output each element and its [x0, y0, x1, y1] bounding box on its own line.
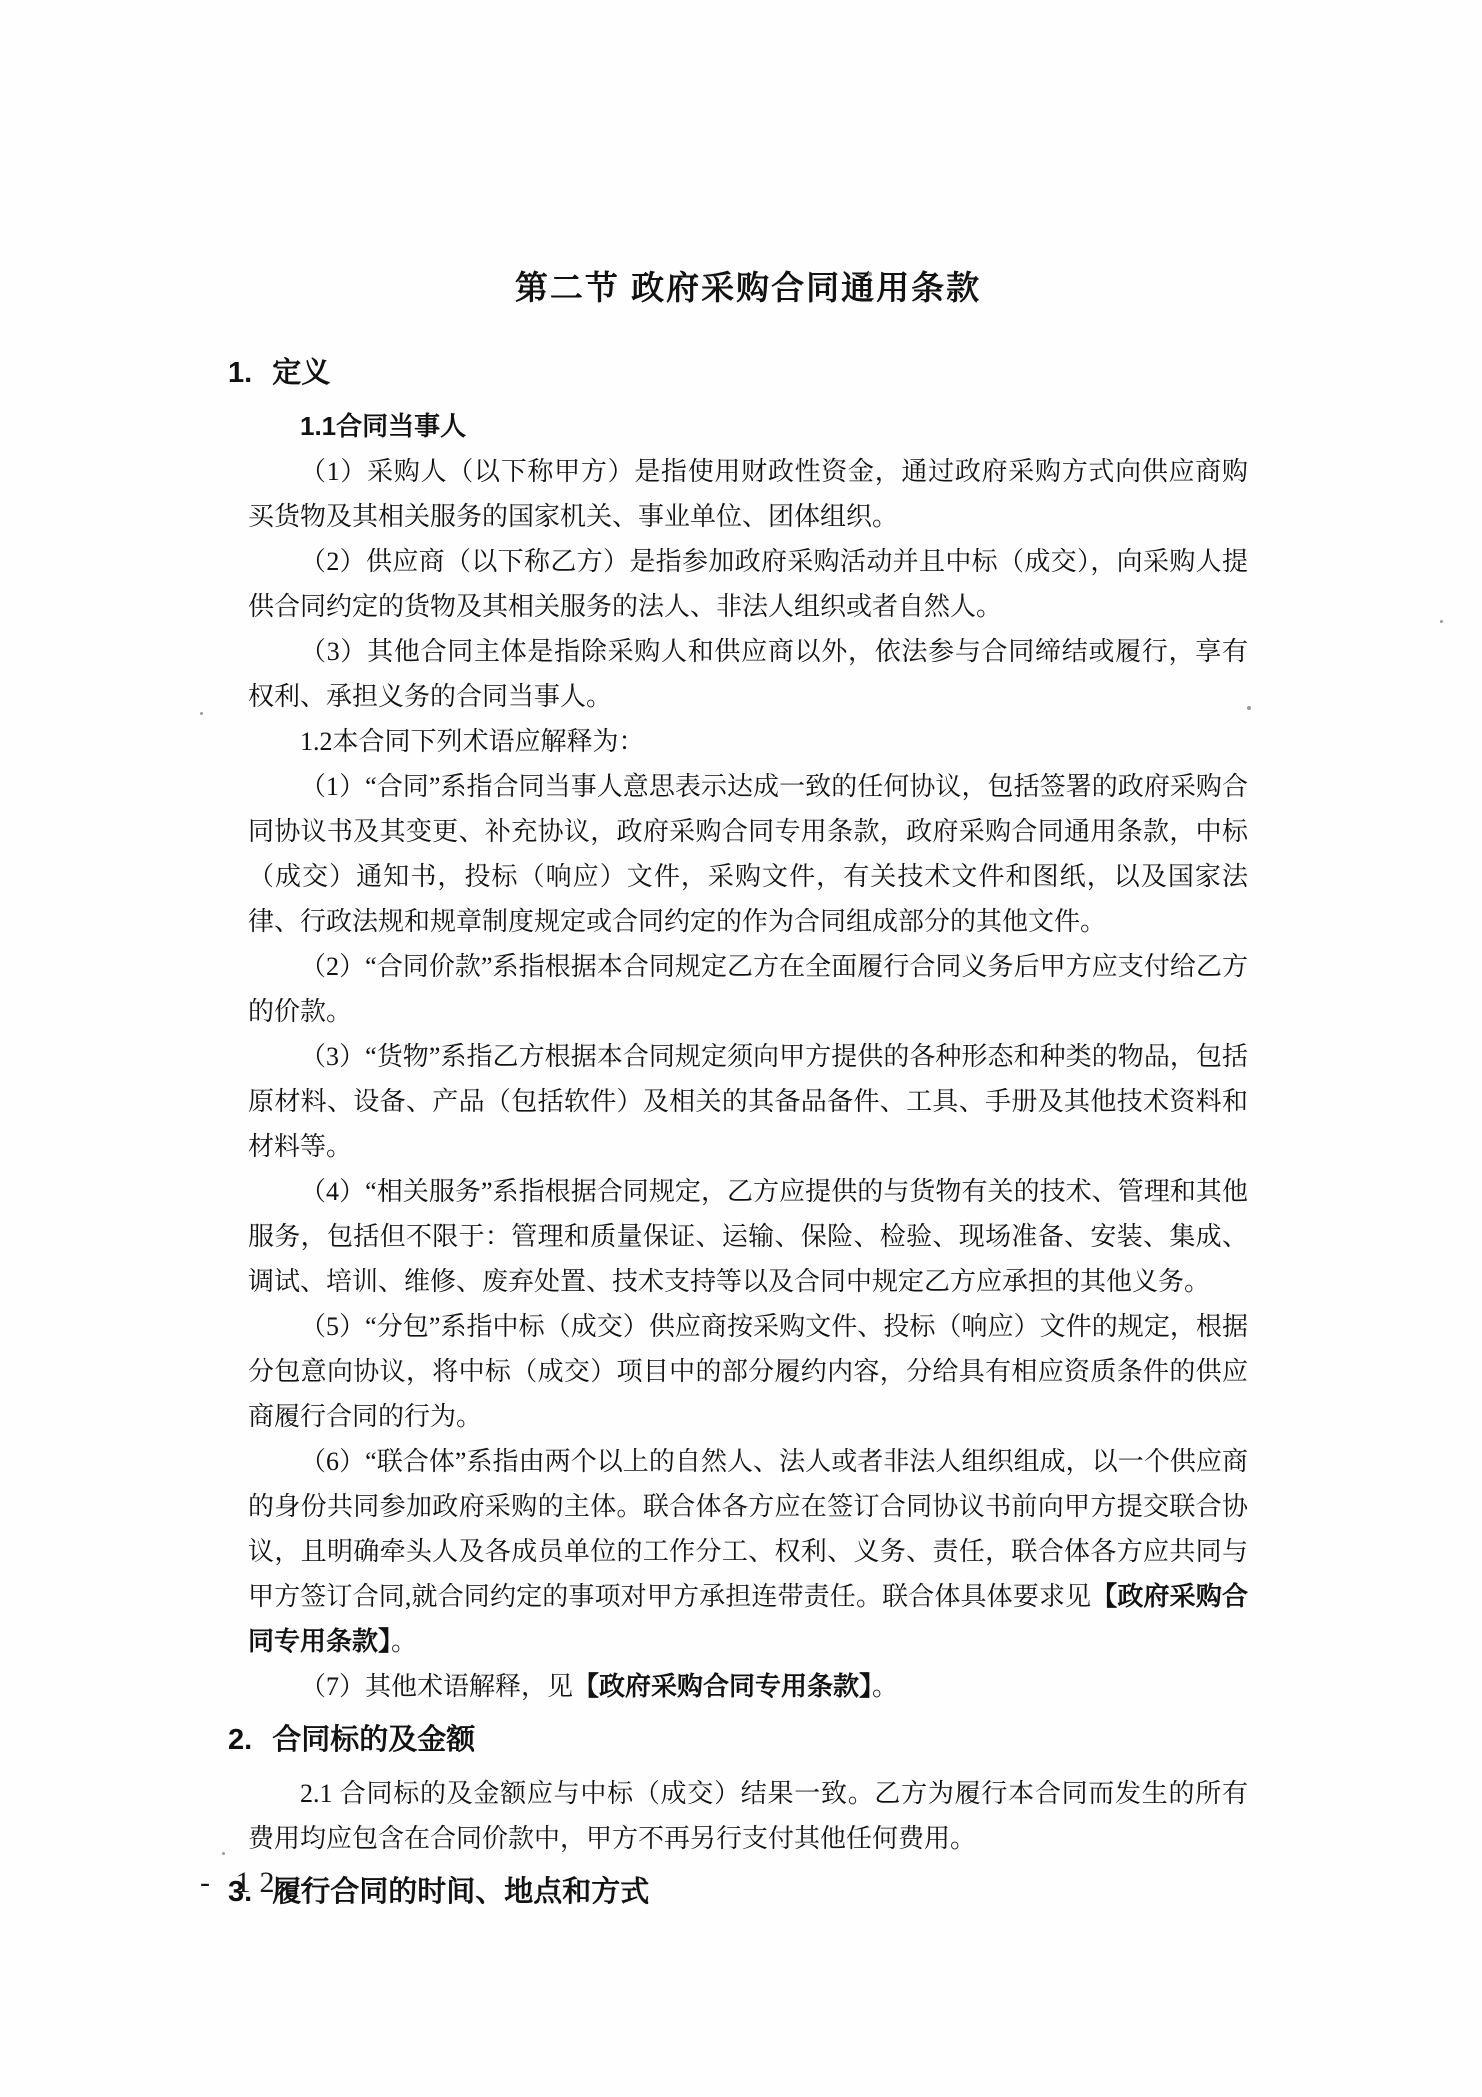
text-run: 。	[872, 1672, 898, 1701]
text-run: （7）其他术语解释，见	[300, 1672, 573, 1701]
text-run: （4）“相关服务”系指根据合同规定，乙方应提供的与货物有关的技术、管理和其他服务…	[248, 1177, 1248, 1296]
text-run: （5）“分包”系指中标（成交）供应商按采购文件、投标（响应）文件的规定，根据分包…	[248, 1312, 1248, 1431]
text-run: （1）“合同”系指合同当事人意思表示达成一致的任何协议，包括签署的政府采购合同协…	[248, 772, 1248, 936]
scan-speck	[222, 1852, 225, 1855]
subsection-heading: 1.1合同当事人	[248, 404, 1248, 449]
paragraph: 2.1 合同标的及金额应与中标（成交）结果一致。乙方为履行本合同而发生的所有费用…	[248, 1771, 1248, 1861]
text-run: 【政府采购合同专用条款】	[573, 1672, 872, 1701]
scan-speck	[1440, 620, 1443, 623]
section-heading: 1.定义	[228, 348, 1248, 398]
paragraph: （4）“相关服务”系指根据合同规定，乙方应提供的与货物有关的技术、管理和其他服务…	[248, 1169, 1248, 1304]
page-number: - 12 -	[200, 1866, 319, 1900]
paragraph: （3）其他合同主体是指除采购人和供应商以外，依法参与合同缔结或履行，享有权利、承…	[248, 629, 1248, 719]
paragraph: （1）采购人（以下称甲方）是指使用财政性资金，通过政府采购方式向供应商购买货物及…	[248, 449, 1248, 539]
text-run: 1.2本合同下列术语应解释为：	[300, 727, 645, 756]
page-title: 第二节 政府采购合同通用条款	[248, 262, 1248, 314]
text-run: 2.1 合同标的及金额应与中标（成交）结果一致。乙方为履行本合同而发生的所有费用…	[248, 1779, 1248, 1853]
text-run: （1）采购人（以下称甲方）是指使用财政性资金，通过政府采购方式向供应商购买货物及…	[248, 457, 1248, 531]
paragraph: （5）“分包”系指中标（成交）供应商按采购文件、投标（响应）文件的规定，根据分包…	[248, 1304, 1248, 1439]
paragraph: 1.2本合同下列术语应解释为：	[248, 719, 1248, 764]
paragraph: （2）供应商（以下称乙方）是指参加政府采购活动并且中标（成交），向采购人提供合同…	[248, 539, 1248, 629]
document-body: 1.定义1.1合同当事人（1）采购人（以下称甲方）是指使用财政性资金，通过政府采…	[248, 348, 1248, 1917]
section-title: 合同标的及金额	[272, 1724, 475, 1756]
text-run: （3）“货物”系指乙方根据本合同规定须向甲方提供的各种形态和种类的物品，包括原材…	[248, 1042, 1248, 1161]
paragraph: （7）其他术语解释，见【政府采购合同专用条款】。	[248, 1664, 1248, 1709]
scan-speck	[200, 712, 203, 715]
section-number: 1.	[228, 357, 252, 389]
paragraph: （1）“合同”系指合同当事人意思表示达成一致的任何协议，包括签署的政府采购合同协…	[248, 764, 1248, 944]
scanned-document-page: 第二节 政府采购合同通用条款 1.定义1.1合同当事人（1）采购人（以下称甲方）…	[0, 0, 1482, 2097]
section-heading: 3.履行合同的时间、地点和方式	[228, 1867, 1248, 1917]
paragraph: （3）“货物”系指乙方根据本合同规定须向甲方提供的各种形态和种类的物品，包括原材…	[248, 1034, 1248, 1169]
scan-speck	[1247, 706, 1251, 710]
section-title: 履行合同的时间、地点和方式	[272, 1876, 649, 1908]
paragraph: （6）“联合体”系指由两个以上的自然人、法人或者非法人组织组成，以一个供应商的身…	[248, 1439, 1248, 1664]
text-run: 。	[391, 1627, 417, 1656]
text-run: （3）其他合同主体是指除采购人和供应商以外，依法参与合同缔结或履行，享有权利、承…	[248, 637, 1248, 711]
scan-speck	[868, 272, 872, 276]
section-heading: 2.合同标的及金额	[228, 1715, 1248, 1765]
text-run: （2）“合同价款”系指根据本合同规定乙方在全面履行合同义务后甲方应支付给乙方的价…	[248, 952, 1248, 1026]
text-run: 1.1合同当事人	[300, 411, 466, 441]
text-run: （2）供应商（以下称乙方）是指参加政府采购活动并且中标（成交），向采购人提供合同…	[248, 547, 1248, 621]
section-title: 定义	[272, 357, 330, 389]
paragraph: （2）“合同价款”系指根据本合同规定乙方在全面履行合同义务后甲方应支付给乙方的价…	[248, 944, 1248, 1034]
document-content: 第二节 政府采购合同通用条款 1.定义1.1合同当事人（1）采购人（以下称甲方）…	[248, 262, 1248, 1923]
section-number: 2.	[228, 1724, 252, 1756]
